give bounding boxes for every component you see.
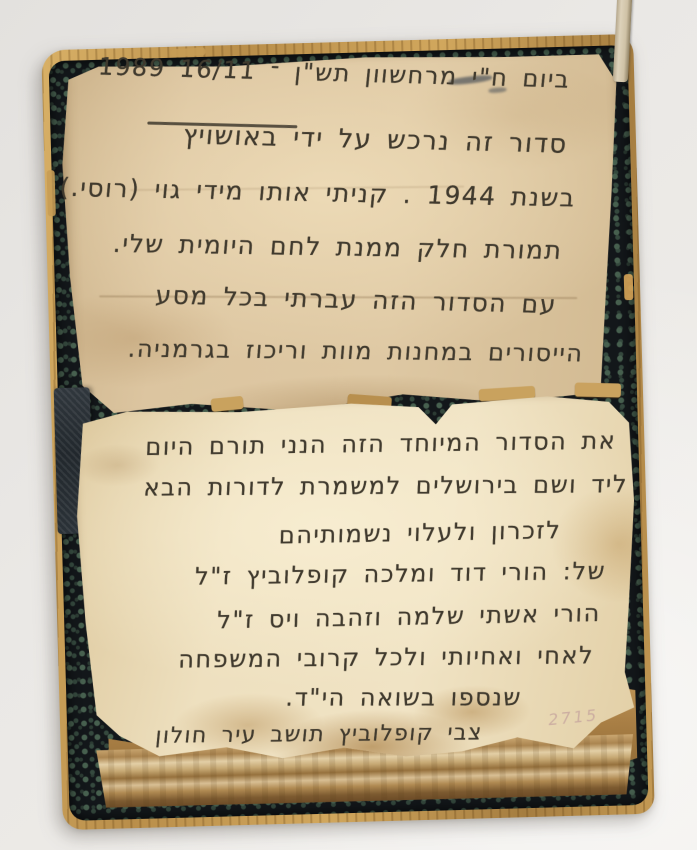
- handwritten-line: הייסורים במחנות מוות וריכוז בגרמניה.: [127, 335, 585, 368]
- handwritten-line: של: הורי דוד ומלכה קופלוביץ ז"ל: [194, 557, 606, 591]
- handwritten-line: ליד ושם בירושלים למשמרת לדורות הבא: [143, 470, 629, 501]
- torn-paper-bit: [575, 382, 621, 397]
- cover-wear-mark: [47, 170, 56, 216]
- siddur-book: ביום ח"י מרחשוון תש"ן ־ 16/11 1989 סדור …: [41, 34, 655, 830]
- signature-line: צבי קופלוביץ תושב עיר חולון: [154, 720, 484, 748]
- handwritten-line: לזכרון ולעלוי נשמותיהם: [278, 516, 561, 549]
- cover-wear-mark: [624, 274, 634, 300]
- handwritten-line: שנספו בשואה הי"ד.: [284, 683, 522, 711]
- handwritten-line: לאחי ואחיותי ולכל קרובי המשפחה: [178, 641, 595, 673]
